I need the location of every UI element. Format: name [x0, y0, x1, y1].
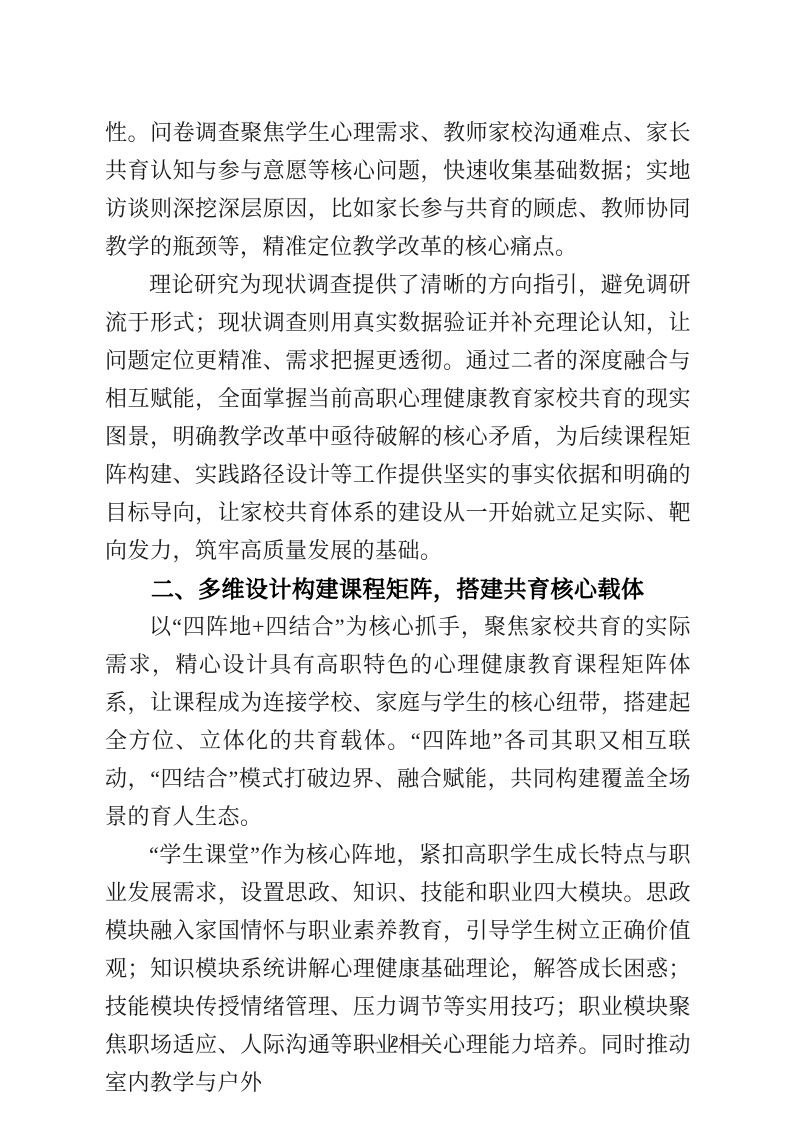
document-page: 性。问卷调查聚焦学生心理需求、教师家校沟通难点、家长共育认知与参与意愿等核心问题…: [0, 0, 793, 1122]
paragraph-continuation: 性。问卷调查聚焦学生心理需求、教师家校沟通难点、家长共育认知与参与意愿等核心问题…: [105, 114, 691, 266]
paragraph: 理论研究为现状调查提供了清晰的方向指引，避免调研流于形式；现状调查则用真实数据验…: [105, 266, 691, 570]
section-heading: 二、多维设计构建课程矩阵，搭建共育核心载体: [105, 570, 691, 608]
page-body-text: 性。问卷调查聚焦学生心理需求、教师家校沟通难点、家长共育认知与参与意愿等核心问题…: [105, 114, 691, 1102]
page-number-footer: — 2 —: [0, 1031, 793, 1053]
paragraph: “学生课堂”作为核心阵地，紧扣高职学生成长特点与职业发展需求，设置思政、知识、技…: [105, 836, 691, 1102]
paragraph: 以“四阵地+四结合”为核心抓手，聚焦家校共育的实际需求，精心设计具有高职特色的心…: [105, 608, 691, 836]
